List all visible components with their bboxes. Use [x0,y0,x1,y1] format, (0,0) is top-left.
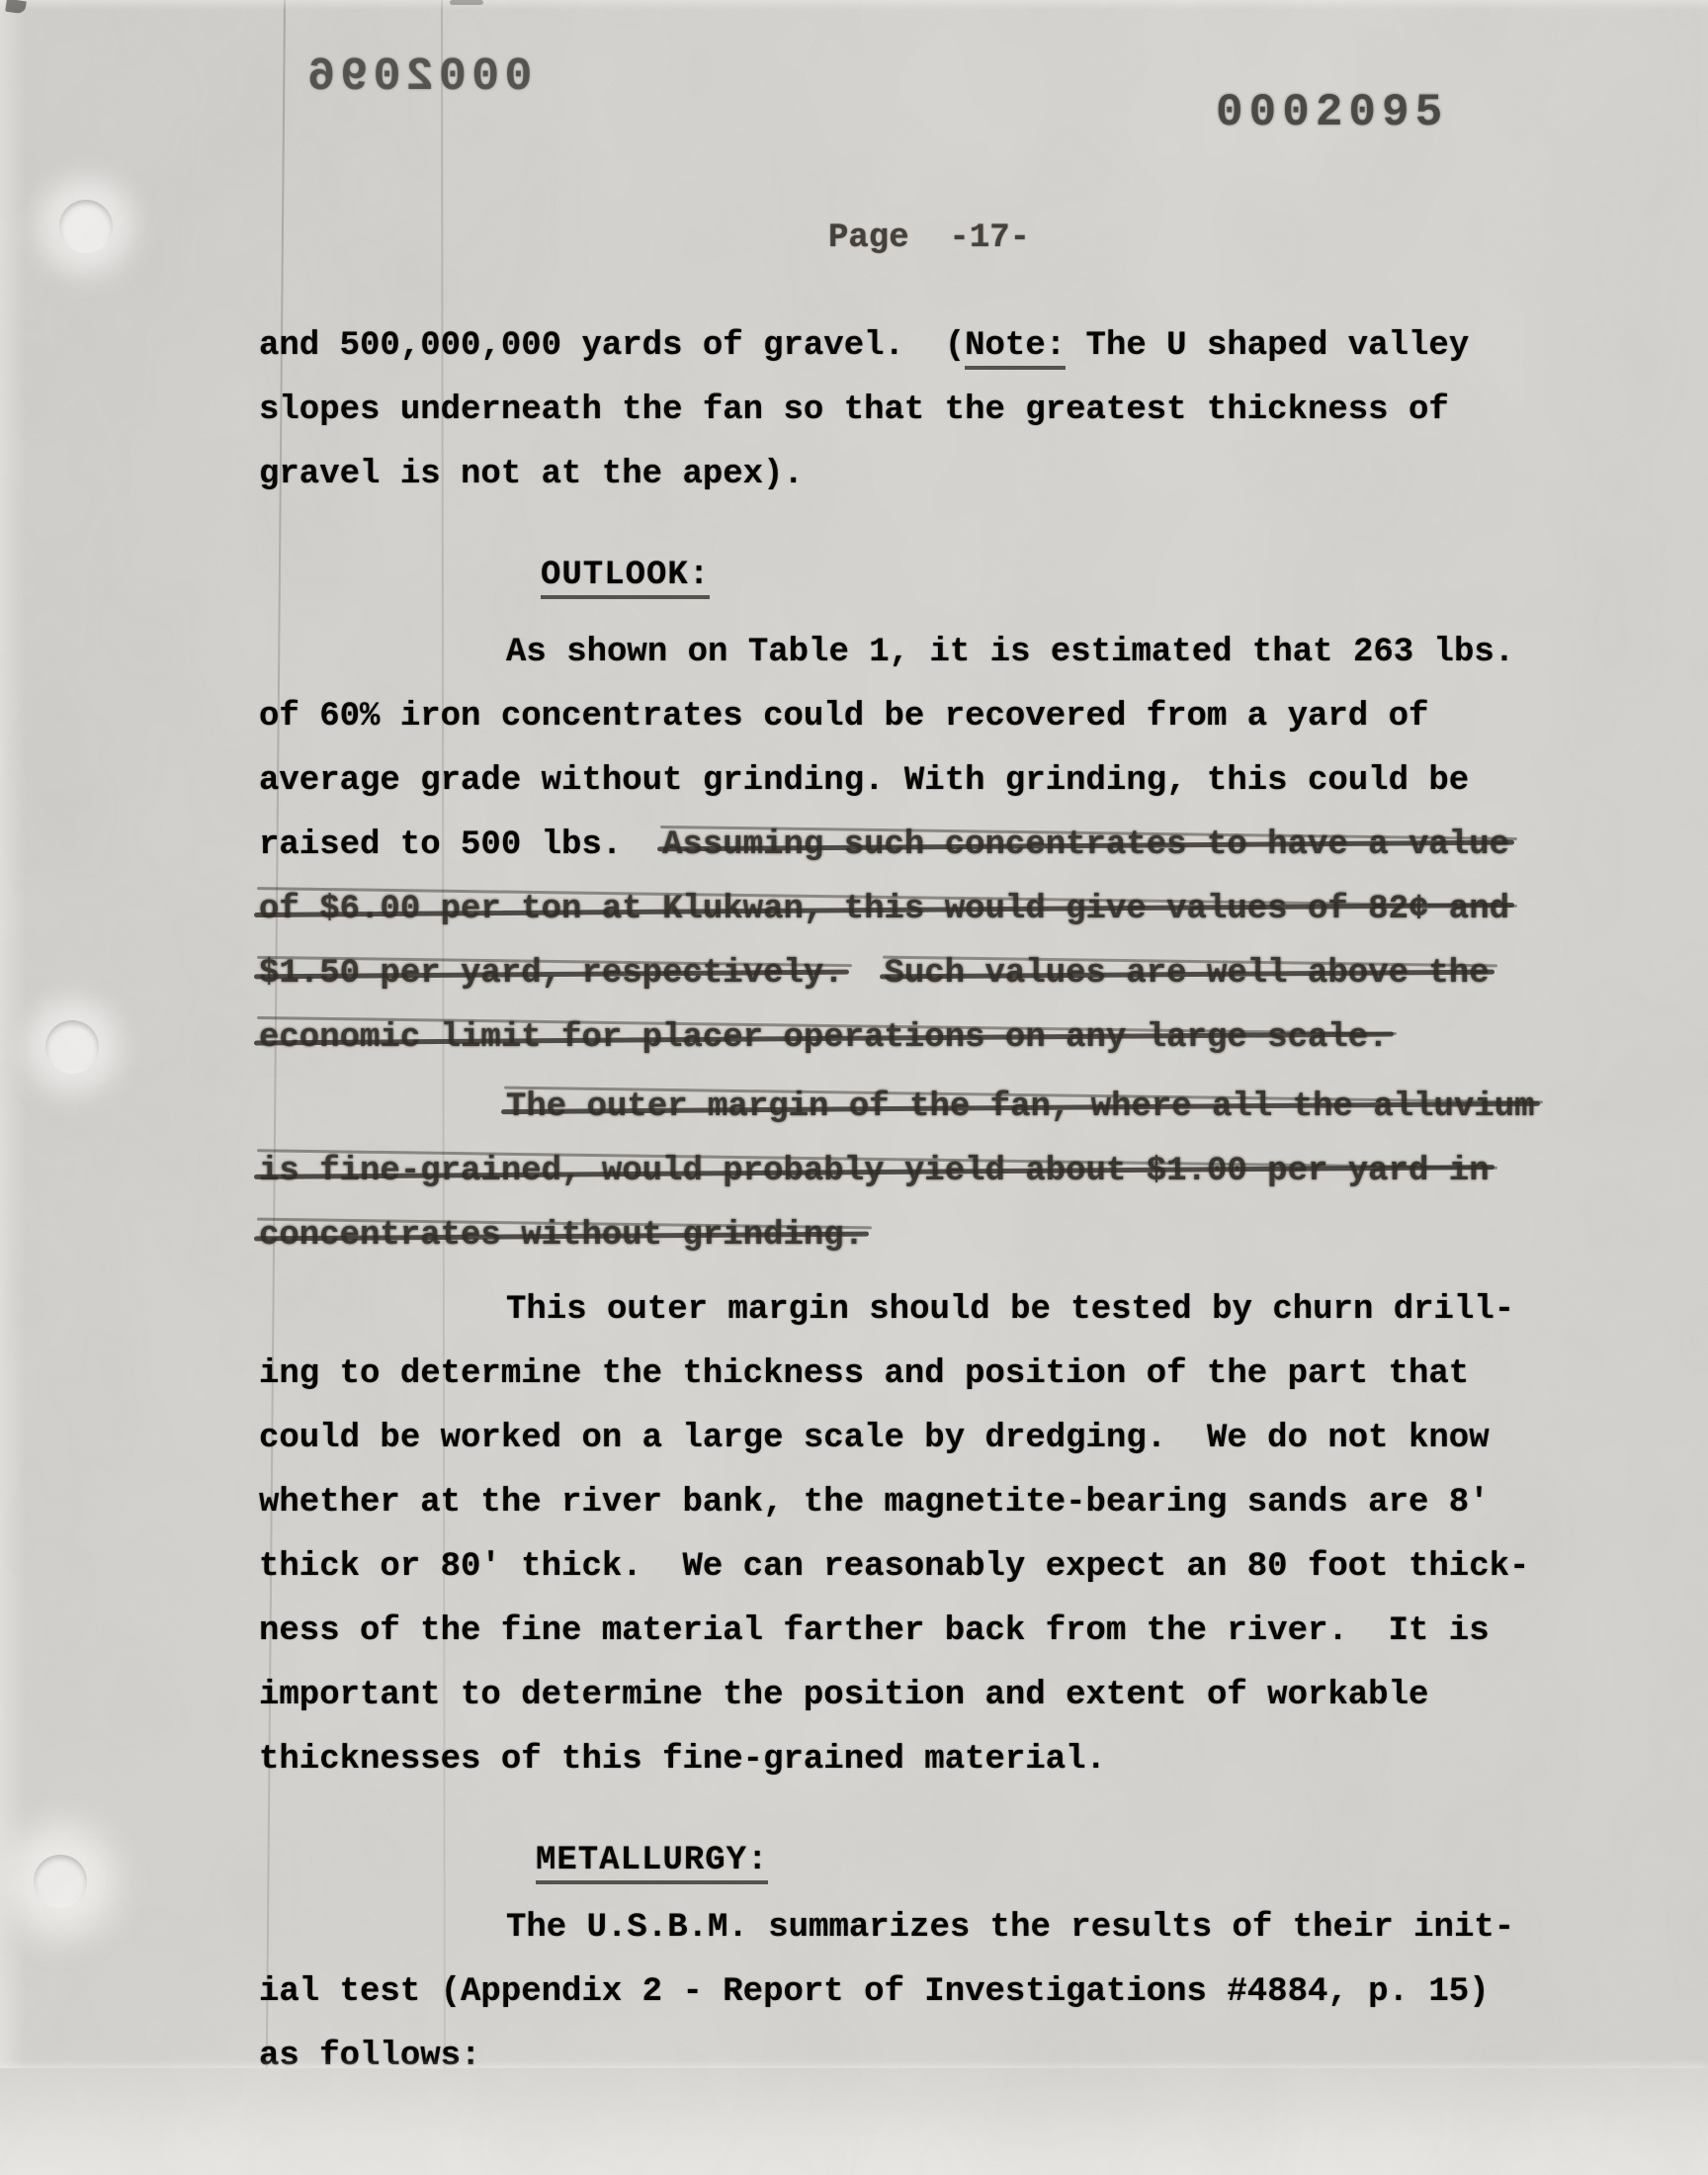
paragraph: The U.S.B.M. summarizes the results of t… [259,1896,1574,2089]
punch-hole-middle [45,1020,99,1074]
ink-speck [5,0,27,14]
text-segment: important to determine the position and … [259,1677,1428,1714]
text-segment: gravel is not at the apex). [259,456,804,493]
text-line: The U.S.B.M. summarizes the results of t… [259,1896,1574,1960]
text-line: METALLURGY: [536,1829,1708,1893]
text-segment: thick or 80' thick. We can reasonably ex… [259,1548,1529,1586]
text-segment: The U shaped valley [1066,327,1469,365]
bleed-through-number-stamp: 0002096 [302,51,532,104]
section-heading: METALLURGY: [536,1829,1708,1893]
underlined-text: OUTLOOK: [541,557,710,599]
text-segment: whether at the river bank, the magnetite… [259,1484,1490,1522]
text-line: concentrates without grinding. [259,1204,1574,1268]
text-segment: ness of the fine material farther back f… [259,1612,1490,1650]
top-page-edge [0,0,1708,10]
text-segment: ial test (Appendix 2 - Report of Investi… [259,1973,1490,2011]
text-line: $1.50 per yard, respectively. Such value… [259,942,1574,1006]
paragraph: This outer margin should be tested by ch… [259,1278,1574,1792]
page-bottom-edge [0,2068,1708,2175]
text-line: average grade without grinding. With gri… [259,749,1574,814]
text-line: thick or 80' thick. We can reasonably ex… [259,1535,1574,1600]
text-line: raised to 500 lbs. Assuming such concent… [259,814,1574,878]
punch-hole-top [59,200,113,253]
struck-out-text: is fine-grained, would probably yield ab… [259,1140,1490,1204]
text-line: of 60% iron concentrates could be recove… [259,685,1574,749]
page-number-heading: Page -17- [828,219,1030,257]
text-segment: This outer margin should be tested by ch… [506,1291,1514,1329]
struck-out-text: Such values are well above the [885,942,1490,1006]
text-segment: average grade without grinding. With gri… [259,762,1469,800]
struck-out-text: $1.50 per yard, respectively. [259,942,844,1006]
underlined-text: Note: [965,327,1066,370]
scanned-document-page: 0002096 0002095 Page -17- and 500,000,00… [0,0,1708,2175]
text-line: important to determine the position and … [259,1664,1574,1728]
text-line: This outer margin should be tested by ch… [259,1278,1574,1343]
text-line: ness of the fine material farther back f… [259,1600,1574,1664]
struck-out-text: of $6.00 per ton at Klukwan, this would … [259,878,1509,942]
struck-out-text: Assuming such concentrates to have a val… [662,814,1509,878]
text-segment: and 500,000,000 yards of gravel. ( [259,327,965,365]
underlined-text: METALLURGY: [536,1842,768,1884]
text-line: and 500,000,000 yards of gravel. (Note: … [259,314,1574,379]
paragraph: and 500,000,000 yards of gravel. (Note: … [259,314,1574,507]
text-segment: raised to 500 lbs. [259,826,662,864]
text-line: As shown on Table 1, it is estimated tha… [259,621,1574,685]
text-line: The outer margin of the fan, where all t… [259,1076,1574,1140]
text-segment: ing to determine the thickness and posit… [259,1355,1469,1393]
punch-hole-bottom [34,1855,87,1908]
struck-out-text: The outer margin of the fan, where all t… [506,1076,1535,1140]
text-line: slopes underneath the fan so that the gr… [259,379,1574,443]
text-line: economic limit for placer operations on … [259,1006,1574,1071]
text-line: whether at the river bank, the magnetite… [259,1471,1574,1535]
struck-out-text: economic limit for placer operations on … [259,1006,1389,1071]
ink-speck [450,0,483,5]
text-line: thicknesses of this fine-grained materia… [259,1728,1574,1792]
text-segment: could be worked on a large scale by dred… [259,1420,1490,1457]
text-line: is fine-grained, would probably yield ab… [259,1140,1574,1204]
text-segment [844,955,885,993]
paragraph: As shown on Table 1, it is estimated tha… [259,621,1574,1071]
text-line: OUTLOOK: [541,544,1708,608]
text-line: ial test (Appendix 2 - Report of Investi… [259,1960,1574,2025]
document-number-stamp: 0002095 [1216,87,1448,138]
text-line: of $6.00 per ton at Klukwan, this would … [259,878,1574,942]
text-segment: slopes underneath the fan so that the gr… [259,391,1449,429]
text-segment: As shown on Table 1, it is estimated tha… [506,634,1514,671]
text-segment: of 60% iron concentrates could be recove… [259,698,1428,736]
left-page-edge [0,0,26,2175]
text-segment: The U.S.B.M. summarizes the results of t… [506,1909,1514,1947]
text-line: gravel is not at the apex). [259,443,1574,507]
paragraph: The outer margin of the fan, where all t… [259,1076,1574,1268]
text-line: ing to determine the thickness and posit… [259,1343,1574,1407]
struck-out-text: concentrates without grinding. [259,1204,864,1268]
text-segment: thicknesses of this fine-grained materia… [259,1741,1106,1779]
text-line: could be worked on a large scale by dred… [259,1407,1574,1471]
section-heading: OUTLOOK: [541,544,1708,608]
